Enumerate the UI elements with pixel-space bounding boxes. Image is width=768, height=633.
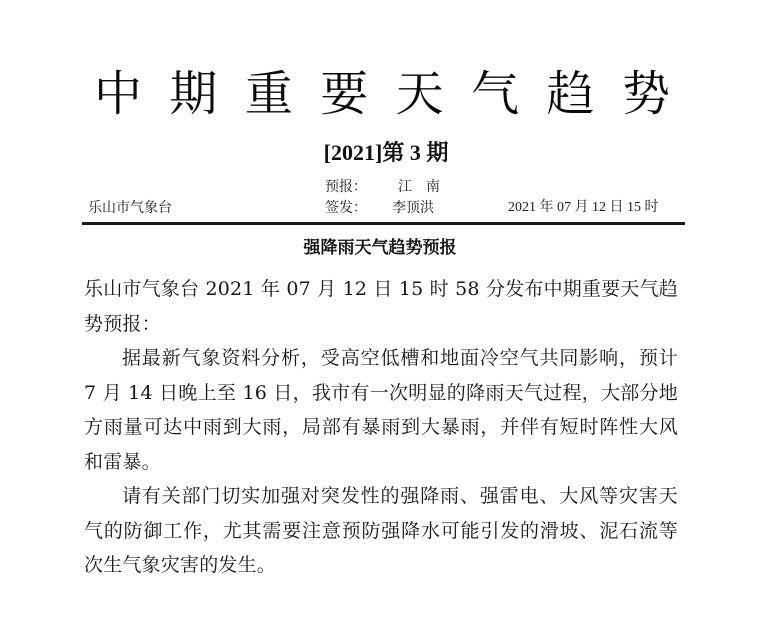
masthead-char: 要 <box>318 64 370 124</box>
masthead-char: 势 <box>620 64 672 124</box>
issue-number: [2021]第 3 期 <box>0 139 768 167</box>
issuer-name: 乐山市气象台 <box>88 199 172 217</box>
masthead-char: 重 <box>243 64 295 124</box>
issue-datetime: 2021 年 07 月 12 日 15 时 <box>508 199 659 217</box>
forecaster-name: 江 南 <box>398 178 440 196</box>
intro-paragraph: 乐山市气象台 2021 年 07 月 12 日 15 时 58 分发布中期重要天… <box>84 272 678 341</box>
masthead-char: 趋 <box>545 64 597 124</box>
forecaster-label: 预报： <box>325 178 367 196</box>
masthead-char: 中 <box>92 64 144 124</box>
masthead-char: 气 <box>469 64 521 124</box>
advisory-paragraph: 请有关部门切实加强对突发性的强降雨、强雷电、大风等灾害天气的防御工作，尤其需要注… <box>84 479 678 583</box>
forecast-paragraph: 据最新气象资料分析，受高空低槽和地面冷空气共同影响，预计 7 月 14 日晚上至… <box>84 341 678 479</box>
document-page: 中 期 重 要 天 气 趋 势 [2021]第 3 期 预报： 江 南 乐山市气… <box>0 0 768 633</box>
signer-name: 李顶洪 <box>392 199 434 217</box>
signer-label: 签发： <box>325 199 367 217</box>
header-divider <box>82 222 685 225</box>
masthead-char: 期 <box>167 64 219 124</box>
masthead-title: 中 期 重 要 天 气 趋 势 <box>92 64 672 124</box>
document-body: 乐山市气象台 2021 年 07 月 12 日 15 时 58 分发布中期重要天… <box>84 272 678 583</box>
document-title: 强降雨天气趋势预报 <box>0 236 768 260</box>
masthead-char: 天 <box>394 64 446 124</box>
